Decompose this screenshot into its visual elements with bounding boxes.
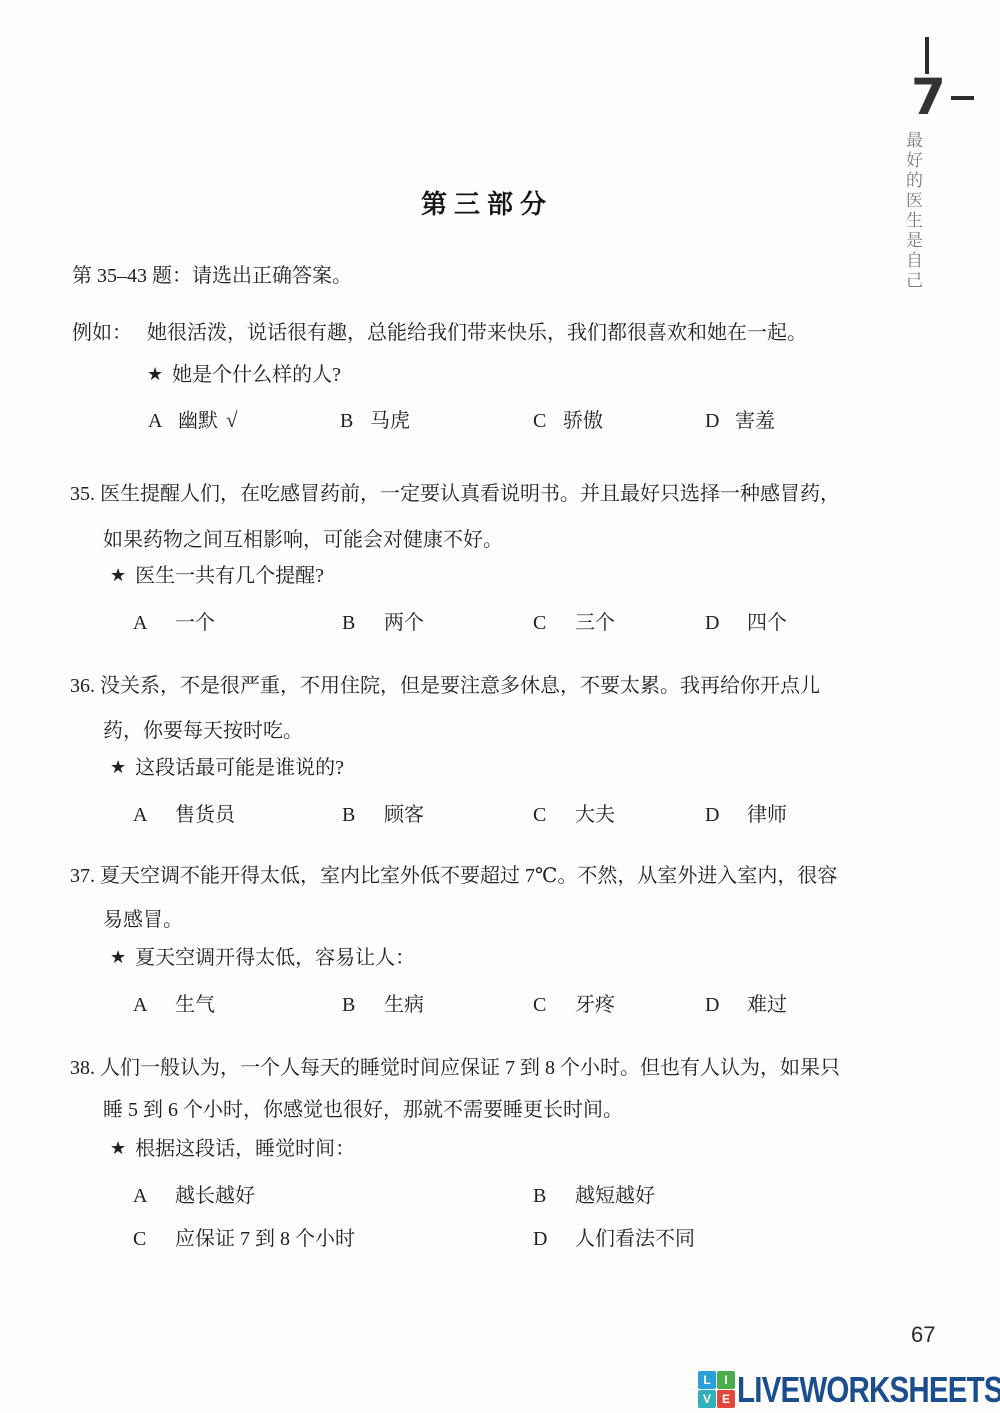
option-a[interactable]: A一个	[133, 606, 215, 635]
passage-text: 夏天空调不能开得太低，室内比室外低不要超过 7℃。不然，从室外进入室内，很容	[100, 865, 837, 887]
option-c[interactable]: C牙疼	[533, 988, 615, 1017]
passage-text: 人们一般认为，一个人每天的睡觉时间应保证 7 到 8 个小时。但也有人认为，如果…	[100, 1057, 840, 1079]
option-letter: A	[133, 1185, 175, 1208]
question-passage-line-2: 药，你要每天按时吃。	[103, 719, 303, 743]
option-text: 生气	[175, 994, 215, 1016]
question-prompt-line: ★这段话最可能是谁说的?	[110, 756, 344, 780]
option-letter: D	[705, 612, 747, 635]
question-prompt-line: ★医生一共有几个提醒?	[110, 564, 324, 588]
option-text: 四个	[747, 612, 787, 634]
option-letter: C	[533, 612, 575, 635]
option-c[interactable]: C大夫	[533, 798, 615, 827]
option-text: 三个	[575, 612, 615, 634]
liveworksheets-logo[interactable]: L I V E LIVEWORKSHEETS	[698, 1371, 1000, 1408]
options-row-1: A越长越好 B越短越好	[0, 1179, 1000, 1205]
question-passage-line-2: 易感冒。	[103, 908, 183, 932]
option-text: 难过	[747, 994, 787, 1016]
star-icon: ★	[110, 757, 126, 777]
question-passage-line-2: 如果药物之间互相影响，可能会对健康不好。	[103, 528, 503, 552]
page-title: 第三部分	[421, 184, 553, 221]
question-number: 35.	[70, 482, 100, 506]
option-text: 人们看法不同	[575, 1228, 695, 1250]
option-b[interactable]: B生病	[342, 988, 424, 1017]
option-text: 骄傲	[563, 410, 603, 432]
option-letter: C	[533, 804, 575, 827]
page-number: 67	[911, 1322, 935, 1348]
options-row-2: C应保证 7 到 8 个小时 D人们看法不同	[0, 1222, 1000, 1248]
option-letter: C	[133, 1228, 175, 1251]
section-instructions: 第 35–43 题：请选出正确答案。	[72, 259, 352, 288]
example-option-c[interactable]: C骄傲	[533, 404, 603, 433]
option-text: 生病	[384, 994, 424, 1016]
option-letter: C	[533, 994, 575, 1017]
passage-text: 没关系，不是很严重，不用住院，但是要注意多休息，不要太累。我再给你开点儿	[100, 675, 820, 697]
option-a[interactable]: A售货员	[133, 798, 235, 827]
question-passage-line-1: 36.没关系，不是很严重，不用住院，但是要注意多休息，不要太累。我再给你开点儿	[70, 674, 820, 698]
option-text: 越长越好	[175, 1185, 255, 1207]
option-letter: B	[340, 410, 370, 433]
logo-tiles: L I V E	[698, 1371, 735, 1408]
example-option-a[interactable]: A幽默√	[148, 404, 238, 433]
passage-text: 医生提醒人们，在吃感冒药前，一定要认真看说明书。并且最好只选择一种感冒药，	[100, 483, 840, 505]
check-mark: √	[226, 408, 238, 432]
logo-tile-v: V	[698, 1390, 716, 1408]
options-row: A售货员 B顾客 C大夫 D律师	[0, 798, 1000, 824]
logo-tile-l: L	[698, 1371, 716, 1389]
option-letter: A	[133, 612, 175, 635]
option-d[interactable]: D人们看法不同	[533, 1222, 695, 1251]
option-text: 两个	[384, 612, 424, 634]
option-letter: A	[148, 410, 178, 433]
option-letter: D	[705, 804, 747, 827]
option-letter: D	[533, 1228, 575, 1251]
chapter-tab-dash	[951, 96, 974, 100]
star-icon: ★	[110, 947, 126, 967]
worksheet-page: 7 最好的医生是自己 第三部分 第 35–43 题：请选出正确答案。 例如：她很…	[0, 0, 1000, 1413]
option-text: 害羞	[735, 410, 775, 432]
option-letter: A	[133, 994, 175, 1017]
example-label: 例如：	[72, 321, 132, 345]
option-b[interactable]: B两个	[342, 606, 424, 635]
chapter-title-vertical: 最好的医生是自己	[900, 131, 925, 311]
question-passage-line-2: 睡 5 到 6 个小时，你感觉也很好，那就不需要睡更长时间。	[103, 1098, 623, 1122]
example-option-d[interactable]: D害羞	[705, 404, 775, 433]
question-passage-line-1: 38.人们一般认为，一个人每天的睡觉时间应保证 7 到 8 个小时。但也有人认为…	[70, 1056, 840, 1080]
option-c[interactable]: C应保证 7 到 8 个小时	[133, 1222, 355, 1251]
option-letter: B	[342, 612, 384, 635]
options-row: A生气 B生病 C牙疼 D难过	[0, 988, 1000, 1014]
logo-tile-e: E	[717, 1390, 735, 1408]
option-letter: D	[705, 994, 747, 1017]
option-c[interactable]: C三个	[533, 606, 615, 635]
option-text: 律师	[747, 804, 787, 826]
question-text: 医生一共有几个提醒?	[135, 565, 324, 587]
example-question-text: 她是个什么样的人?	[172, 364, 341, 386]
question-number: 37.	[70, 864, 100, 888]
question-number: 36.	[70, 674, 100, 698]
logo-text: LIVEWORKSHEETS	[737, 1371, 1000, 1408]
question-prompt-line: ★夏天空调开得太低，容易让人：	[110, 946, 415, 970]
option-text: 大夫	[575, 804, 615, 826]
logo-tile-i: I	[717, 1371, 735, 1389]
example-question-line: ★她是个什么样的人?	[147, 363, 341, 387]
question-passage-line-1: 35.医生提醒人们，在吃感冒药前，一定要认真看说明书。并且最好只选择一种感冒药，	[70, 482, 840, 506]
option-text: 牙疼	[575, 994, 615, 1016]
option-letter: D	[705, 410, 735, 433]
star-icon: ★	[110, 565, 126, 585]
chapter-number: 7	[911, 72, 946, 122]
example-passage: 她很活泼，说话很有趣，总能给我们带来快乐，我们都很喜欢和她在一起。	[147, 322, 807, 344]
option-letter: B	[342, 804, 384, 827]
example-options-row: A幽默√ B马虎 C骄傲 D害羞	[0, 404, 1000, 430]
question-text: 夏天空调开得太低，容易让人：	[135, 947, 415, 969]
option-text: 越短越好	[575, 1185, 655, 1207]
star-icon: ★	[110, 1138, 126, 1158]
option-text: 应保证 7 到 8 个小时	[175, 1228, 355, 1250]
option-letter: A	[133, 804, 175, 827]
question-passage-line-1: 37.夏天空调不能开得太低，室内比室外低不要超过 7℃。不然，从室外进入室内，很…	[70, 864, 837, 888]
option-d[interactable]: D律师	[705, 798, 787, 827]
star-icon: ★	[147, 364, 163, 384]
option-text: 马虎	[370, 410, 410, 432]
question-text: 这段话最可能是谁说的?	[135, 757, 344, 779]
options-row: A一个 B两个 C三个 D四个	[0, 606, 1000, 632]
option-letter: B	[533, 1185, 575, 1208]
option-d[interactable]: D四个	[705, 606, 787, 635]
option-a[interactable]: A生气	[133, 988, 215, 1017]
option-text: 售货员	[175, 804, 235, 826]
question-prompt-line: ★根据这段话，睡觉时间：	[110, 1137, 355, 1161]
option-letter: C	[533, 410, 563, 433]
option-b[interactable]: B顾客	[342, 798, 424, 827]
question-text: 根据这段话，睡觉时间：	[135, 1138, 355, 1160]
question-number: 38.	[70, 1056, 100, 1080]
example-option-b[interactable]: B马虎	[340, 404, 410, 433]
option-a[interactable]: A越长越好	[133, 1179, 255, 1208]
option-text: 一个	[175, 612, 215, 634]
option-text: 顾客	[384, 804, 424, 826]
option-text: 幽默	[178, 410, 218, 432]
option-b[interactable]: B越短越好	[533, 1179, 655, 1208]
option-d[interactable]: D难过	[705, 988, 787, 1017]
option-letter: B	[342, 994, 384, 1017]
example-passage-line: 例如：她很活泼，说话很有趣，总能给我们带来快乐，我们都很喜欢和她在一起。	[72, 321, 807, 345]
